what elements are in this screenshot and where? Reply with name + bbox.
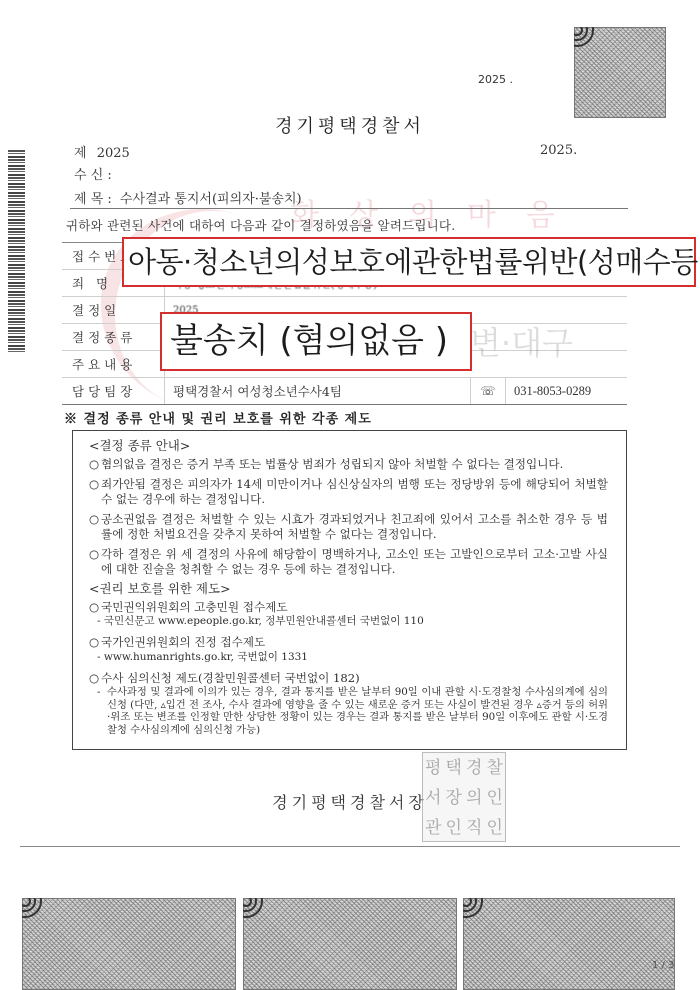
list-item-detail: - 수사과정 및 결과에 이의가 있는 경우, 결과 통지를 받은 날부터 90… xyxy=(89,686,608,736)
bullet-icon: ○ xyxy=(89,457,101,472)
bullet-icon: ○ xyxy=(89,635,101,650)
recipient-label: 수 신 : xyxy=(74,168,112,183)
list-item-detail: - www.humanrights.go.kr, 국번없이 1331 xyxy=(89,651,608,664)
data-barcode-3 xyxy=(463,898,675,990)
list-item-detail: - 국민신문고 www.epeople.go.kr, 정부민원안내콜센터 국번없… xyxy=(89,615,608,628)
intro-text: 귀하와 관련된 사건에 대하여 다음과 같이 결정하였음을 알려드립니다. xyxy=(66,216,455,234)
notice-box: <결정 종류 안내> ○ 혐의없음 결정은 증거 부족 또는 법률상 범죄가 성… xyxy=(72,430,627,750)
subject-value: 수사결과 통지서(피의자·불송치) xyxy=(120,192,302,207)
decision-type-overlay: 불송치 (혐의없음 ) xyxy=(160,312,472,371)
org-title: 경기평택경찰서 xyxy=(0,112,700,138)
bullet-icon: ○ xyxy=(89,512,101,541)
data-barcode-1 xyxy=(22,898,236,990)
top-date: 2025 . xyxy=(478,73,513,86)
row-label: 주요내용 xyxy=(62,351,165,378)
list-item: ○ 국민권익위원회의 고충민원 접수제도 xyxy=(89,600,608,615)
subject: 제 목 : 수사결과 통지서(피의자·불송치) xyxy=(74,188,302,207)
page-number: 1 / 3 xyxy=(652,960,674,971)
header-divider xyxy=(70,208,628,209)
list-item: ○ 죄가안됨 결정은 피의자가 14세 미만이거나 심신상실자의 범행 또는 정… xyxy=(89,477,608,506)
bullet-icon: ○ xyxy=(89,600,101,615)
phone-number: 031-8053-0289 xyxy=(506,378,628,405)
notice-heading: ※ 결정 종류 안내 및 권리 보호를 위한 각종 제도 xyxy=(64,408,372,427)
document-date: 2025. xyxy=(540,143,577,158)
row-label: 결정일 xyxy=(62,297,165,324)
subject-label: 제 목 : xyxy=(74,192,112,207)
document-number: 제 2025 xyxy=(74,142,130,161)
list-item: ○ 국가인권위원회의 진정 접수제도 xyxy=(89,635,608,650)
list-item: ○ 혐의없음 결정은 증거 부족 또는 법률상 범죄가 성립되지 않아 처벌할 … xyxy=(89,457,608,472)
table-row: 담당팀장 평택경찰서 여성청소년수사4팀 ☏ 031-8053-0289 xyxy=(62,378,627,405)
rights-section-title: <권리 보호를 위한 제도> xyxy=(89,582,608,597)
barcode xyxy=(8,150,25,352)
data-barcode-2 xyxy=(243,898,457,990)
row-label: 담당팀장 xyxy=(62,378,165,405)
official-seal-icon: 평택경찰 서장의인 관인직인 xyxy=(422,752,506,842)
list-item: ○ 각하 결정은 위 세 결정의 사유에 해당함이 명백하거나, 고소인 또는 … xyxy=(89,547,608,576)
signature: 경기평택경찰서장 xyxy=(0,790,700,813)
crime-name-overlay: 아동·청소년의성보호에관한법률위반(성매수등) xyxy=(122,237,696,287)
footer-divider xyxy=(20,846,680,847)
bullet-icon: ○ xyxy=(89,671,101,686)
decision-section-title: <결정 종류 안내> xyxy=(89,439,608,454)
phone-icon: ☏ xyxy=(471,378,506,405)
recipient: 수 신 : xyxy=(74,164,112,183)
barcode-corner-icon xyxy=(463,898,485,920)
row-label: 결정종류 xyxy=(62,324,165,351)
list-item: ○ 공소권없음 결정은 처벌할 수 있는 시효가 경과되었거나 친고죄에 있어서… xyxy=(89,512,608,541)
qr-corner-icon xyxy=(574,27,596,49)
barcode-corner-icon xyxy=(22,898,44,920)
document-number-label: 제 xyxy=(74,146,87,161)
bullet-icon: ○ xyxy=(89,547,101,576)
document-number-value: 2025 xyxy=(97,146,130,161)
list-item: ○ 수사 심의신청 제도(경찰민원콜센터 국번없이 182) xyxy=(89,671,608,686)
bullet-icon: ○ xyxy=(89,477,101,506)
team-value: 평택경찰서 여성청소년수사4팀 xyxy=(165,378,471,405)
qr-code-top xyxy=(574,27,666,118)
barcode-corner-icon xyxy=(243,898,265,920)
